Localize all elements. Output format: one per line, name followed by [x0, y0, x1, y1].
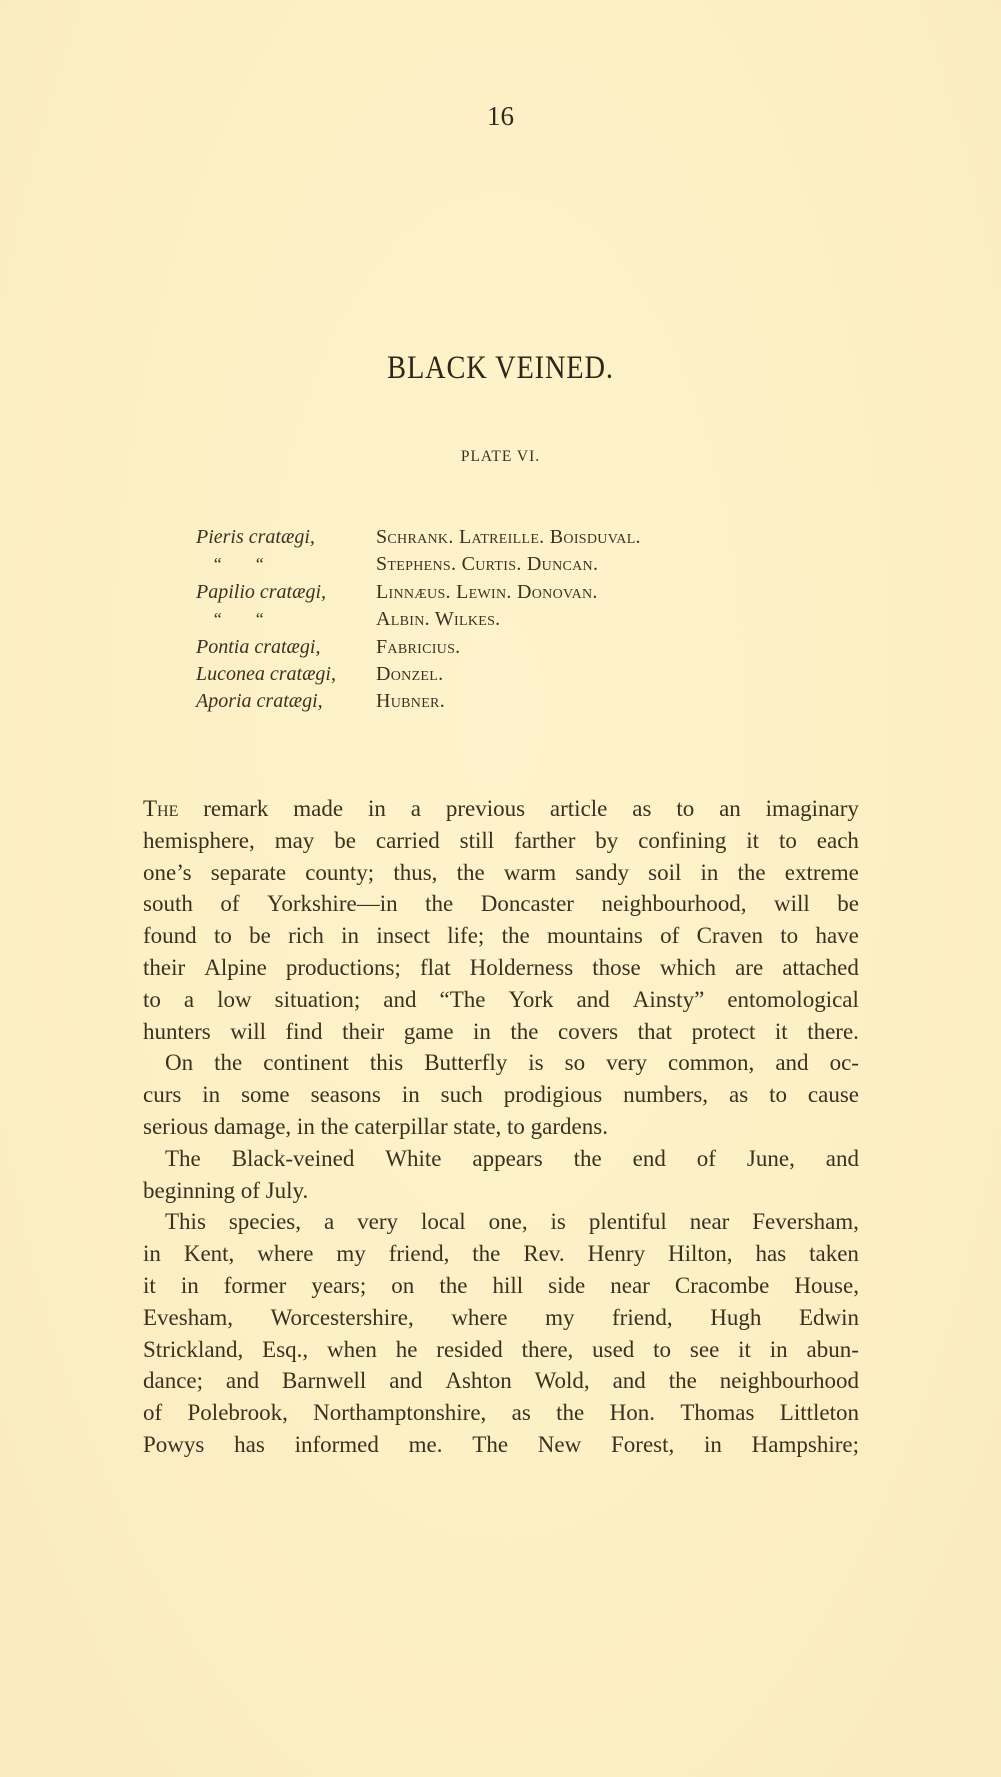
text-line: toalowsituation;and“TheYorkandAinsty”ent…	[143, 984, 859, 1016]
synonym-name: Luconea cratægi,	[196, 660, 336, 688]
text-line: hemisphere,maybecarriedstillfartherbycon…	[143, 825, 859, 857]
text-line: dance;andBarnwellandAshtonWold,andthenei…	[143, 1365, 859, 1397]
synonym-name: Papilio cratægi,	[196, 578, 326, 606]
synonym-authors: Fabricius.	[376, 633, 460, 661]
text-line: OnthecontinentthisButterflyissoverycommo…	[143, 1047, 859, 1079]
text-line: one’sseparatecounty;thus,thewarmsandysoi…	[143, 857, 859, 889]
page-number: 16	[0, 101, 1001, 132]
paragraph: OnthecontinentthisButterflyissoverycommo…	[143, 1047, 859, 1142]
text-line: theirAlpineproductions;flatHoldernesstho…	[143, 952, 859, 984]
synonym-authors: Linnæus. Lewin. Donovan.	[376, 578, 598, 606]
synonym-authors: Albin. Wilkes.	[376, 605, 500, 633]
synonym-name: Pieris cratægi,	[196, 523, 315, 551]
text-line: inKent,wheremyfriend,theRev.HenryHilton,…	[143, 1238, 859, 1270]
synonym-authors: Schrank. Latreille. Boisduval.	[376, 523, 641, 551]
synonym-name: Aporia cratægi,	[196, 687, 323, 715]
text-line: beginning of July.	[143, 1175, 859, 1207]
ditto-marks: ““	[196, 550, 266, 578]
text-line: Thisspecies,averylocalone,isplentifulnea…	[143, 1206, 859, 1238]
text-line: Evesham,Worcestershire,wheremyfriend,Hug…	[143, 1302, 859, 1334]
paragraph: Theremarkmadeinapreviousarticleastoanima…	[143, 793, 859, 1047]
text-line: southofYorkshire—intheDoncasterneighbour…	[143, 888, 859, 920]
book-page: 16 BLACK VEINED. PLATE VI. Pieris cratæg…	[0, 0, 1001, 1777]
text-line: Powyshasinformedme.TheNewForest,inHampsh…	[143, 1429, 859, 1461]
text-line: Theremarkmadeinapreviousarticleastoanima…	[143, 793, 859, 825]
paragraph: TheBlack-veinedWhiteappearstheendofJune,…	[143, 1143, 859, 1207]
text-line: hunterswillfindtheirgameinthecoversthatp…	[143, 1016, 859, 1048]
body-text: Theremarkmadeinapreviousarticleastoanima…	[143, 793, 859, 1461]
text-line: TheBlack-veinedWhiteappearstheendofJune,…	[143, 1143, 859, 1175]
text-line: Strickland,Esq.,whenheresidedthere,usedt…	[143, 1334, 859, 1366]
lead-small-caps: The	[143, 793, 178, 825]
synonym-authors: Hubner.	[376, 687, 445, 715]
text-line: serious damage, in the caterpillar state…	[143, 1111, 859, 1143]
ditto-marks: ““	[196, 605, 266, 633]
text-line: foundtoberichininsectlife;themountainsof…	[143, 920, 859, 952]
chapter-title: BLACK VEINED.	[70, 350, 931, 387]
synonym-authors: Stephens. Curtis. Duncan.	[376, 550, 598, 578]
synonym-name: Pontia cratægi,	[196, 633, 320, 661]
text-line: cursinsomeseasonsinsuchprodigiousnumbers…	[143, 1079, 859, 1111]
plate-label: PLATE VI.	[0, 448, 1001, 466]
text-line: ofPolebrook,Northamptonshire,astheHon.Th…	[143, 1397, 859, 1429]
paragraph: Thisspecies,averylocalone,isplentifulnea…	[143, 1206, 859, 1460]
synonym-authors: Donzel.	[376, 660, 443, 688]
text-line: itinformeryears;onthehillsidenearCracomb…	[143, 1270, 859, 1302]
